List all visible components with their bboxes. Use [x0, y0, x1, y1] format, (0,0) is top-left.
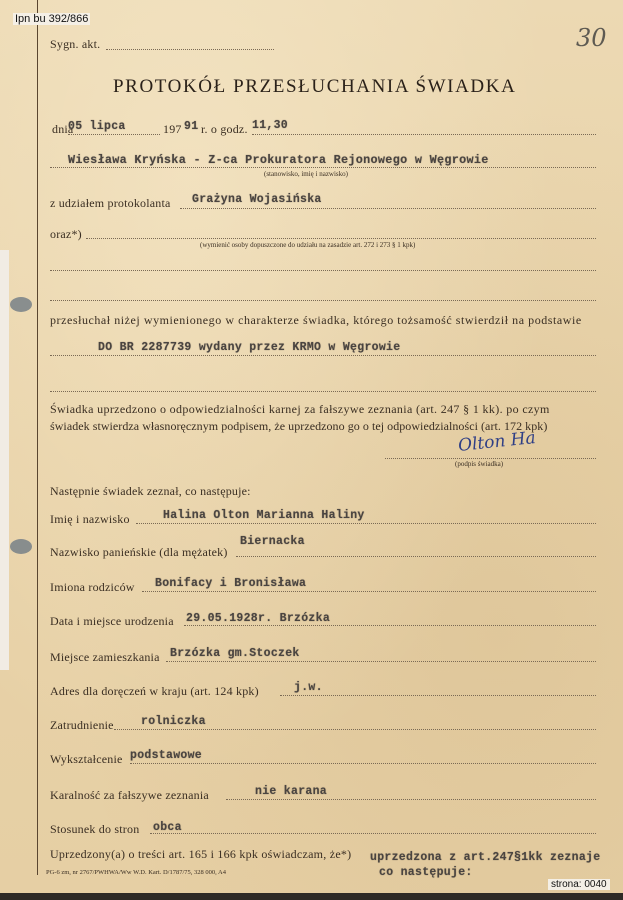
field-value-residence: Brzózka gm.Stoczek: [170, 647, 300, 660]
day-field-line: [68, 134, 160, 135]
field-label-residence: Miejsce zamieszkania: [50, 650, 160, 665]
field-line-residence: [166, 661, 596, 662]
field-line-criminal-record: [226, 799, 596, 800]
field-line-parents: [142, 591, 596, 592]
field-line-education: [130, 763, 596, 764]
field-value-maiden-name: Biernacka: [240, 535, 305, 548]
clerk-value: Grażyna Wojasińska: [192, 193, 322, 206]
identity-field-line-2: [50, 391, 596, 392]
examiner-field-line: [50, 167, 596, 168]
others-caption: (wymienić osoby dopuszczone do udziału n…: [200, 241, 415, 249]
field-line-employment: [114, 729, 596, 730]
testimony-intro: Następnie świadek zeznał, co następuje:: [50, 484, 251, 499]
archive-reference: Ipn bu 392/866: [13, 13, 90, 25]
others-label: oraz*): [50, 227, 82, 242]
scan-bottom-edge: [0, 893, 623, 900]
declaration-value-line-2: co następuje:: [379, 866, 473, 879]
others-field-line-3: [50, 300, 596, 301]
punch-hole-icon: [10, 539, 32, 554]
field-value-criminal-record: nie karana: [255, 785, 327, 798]
margin-line: [37, 0, 38, 875]
document-page: Ipn bu 392/866 30 Sygn. akt. PROTOKÓŁ PR…: [0, 0, 623, 900]
scan-edge-strip: [0, 250, 9, 670]
field-label-parents: Imiona rodziców: [50, 580, 135, 595]
page-label: strona: 0040: [548, 879, 610, 890]
clerk-label: z udziałem protokolanta: [50, 196, 171, 211]
field-label-employment: Zatrudnienie: [50, 718, 114, 733]
field-label-name: Imię i nazwisko: [50, 512, 130, 527]
field-line-address: [280, 695, 596, 696]
sygn-field-line: [106, 49, 274, 50]
others-field-line: [86, 238, 596, 239]
form-info: PG-6 zm, nr 2767/PWHWA/Ww W.D. Kart. D/1…: [46, 869, 226, 876]
signature-field-line: [385, 458, 596, 459]
field-label-relation: Stosunek do stron: [50, 822, 139, 837]
year-value: 91: [184, 120, 198, 133]
time-label: r. o godz.: [201, 122, 248, 137]
field-value-address: j.w.: [294, 681, 323, 694]
field-label-criminal-record: Karalność za fałszywe zeznania: [50, 788, 209, 803]
identity-field-line: [50, 355, 596, 356]
document-title: PROTOKÓŁ PRZESŁUCHANIA ŚWIADKA: [113, 76, 516, 98]
punch-hole-icon: [10, 297, 32, 312]
field-label-education: Wykształcenie: [50, 752, 123, 767]
clerk-field-line: [180, 208, 596, 209]
field-value-parents: Bonifacy i Bronisława: [155, 577, 306, 590]
field-value-name: Halina Olton Marianna Haliny: [163, 509, 365, 522]
declaration-value-line-1: uprzedzona z art.247§1kk zeznaje: [370, 851, 600, 864]
others-field-line-2: [50, 270, 596, 271]
field-line-name: [136, 523, 596, 524]
signature-caption: (podpis świadka): [455, 460, 503, 468]
field-value-birth: 29.05.1928r. Brzózka: [186, 612, 330, 625]
field-label-birth: Data i miejsce urodzenia: [50, 614, 174, 629]
day-value: 05 lipca: [68, 120, 126, 133]
examiner-caption: (stanowisko, imię i nazwisko): [264, 170, 348, 178]
field-label-address: Adres dla doręczeń w kraju (art. 124 kpk…: [50, 684, 259, 699]
warning-line-2: świadek stwierdza własnoręcznym podpisem…: [50, 418, 547, 435]
field-value-education: podstawowe: [130, 749, 202, 762]
field-line-relation: [150, 833, 596, 834]
identity-text: przesłuchał niżej wymienionego w charakt…: [50, 312, 582, 329]
year-prefix: 197: [163, 122, 182, 137]
examiner-value: Wiesława Kryńska - Z-ca Prokuratora Rejo…: [68, 153, 489, 167]
time-value: 11,30: [252, 119, 288, 132]
warning-line-1: Świadka uprzedzono o odpowiedzialności k…: [50, 401, 550, 418]
time-field-line: [252, 134, 596, 135]
field-line-birth: [184, 625, 596, 626]
declaration-label: Uprzedzony(a) o treści art. 165 i 166 kp…: [50, 847, 351, 862]
sygn-label: Sygn. akt.: [50, 37, 100, 52]
identity-value: DO BR 2287739 wydany przez KRMO w Węgrow…: [98, 341, 400, 354]
field-line-maiden-name: [236, 556, 596, 557]
handwritten-page-number: 30: [576, 24, 607, 52]
field-label-maiden-name: Nazwisko panieńskie (dla mężatek): [50, 545, 228, 560]
field-value-employment: rolniczka: [141, 715, 206, 728]
